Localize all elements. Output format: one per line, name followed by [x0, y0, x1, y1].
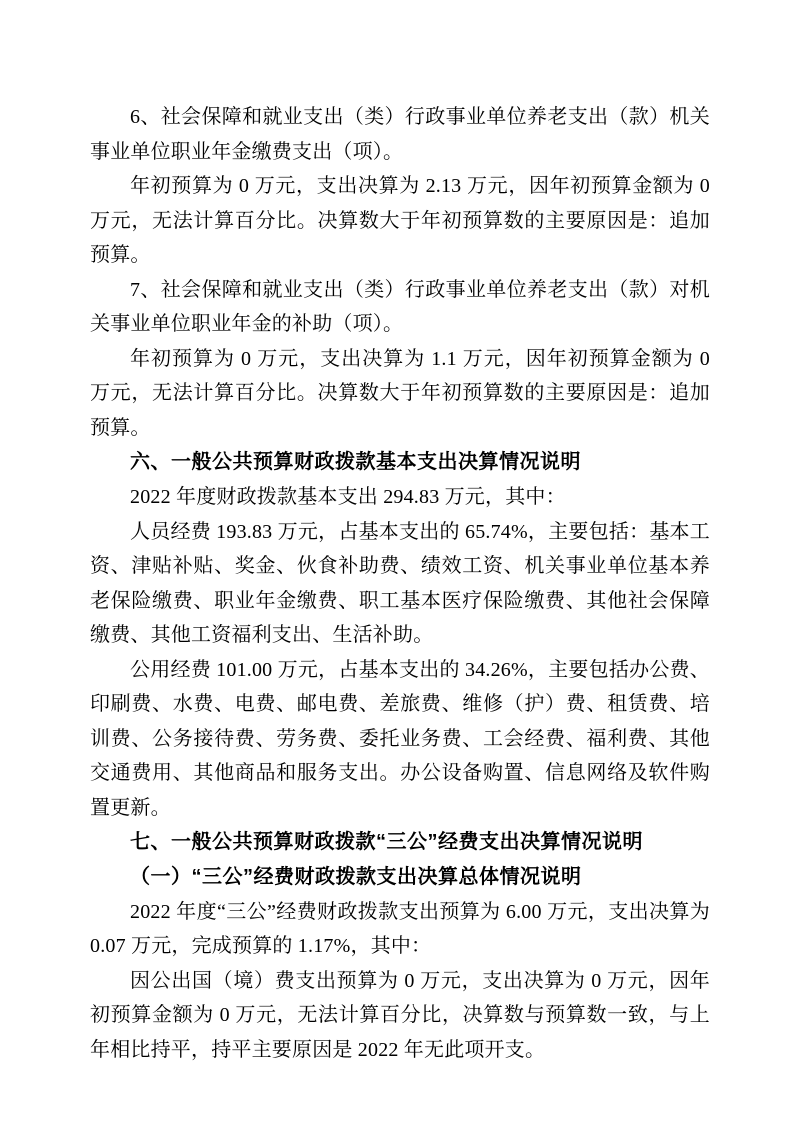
subsection-heading-one-sangong-overview: （一）“三公”经费财政拨款支出决算总体情况说明	[90, 860, 710, 895]
paragraph-item-6-budget-note: 年初预算为 0 万元，支出决算为 2.13 万元，因年初预算金额为 0 万元，无…	[90, 169, 710, 273]
paragraph-overseas-travel-expense: 因公出国（境）费支出预算为 0 万元，支出决算为 0 万元，因年初预算金额为 0…	[90, 964, 710, 1068]
paragraph-item-6-pension-contribution: 6、社会保障和就业支出（类）行政事业单位养老支出（款）机关事业单位职业年金缴费支…	[90, 100, 710, 169]
paragraph-personnel-expenses: 人员经费 193.83 万元，占基本支出的 65.74%，主要包括：基本工资、津…	[90, 515, 710, 653]
paragraph-sangong-totals: 2022 年度“三公”经费财政拨款支出预算为 6.00 万元，支出决算为 0.0…	[90, 895, 710, 964]
paragraph-item-7-pension-subsidy: 7、社会保障和就业支出（类）行政事业单位养老支出（款）对机关事业单位职业年金的补…	[90, 273, 710, 342]
paragraph-public-expenses: 公用经费 101.00 万元，占基本支出的 34.26%，主要包括办公费、印刷费…	[90, 653, 710, 826]
paragraph-item-7-budget-note: 年初预算为 0 万元，支出决算为 1.1 万元，因年初预算金额为 0 万元，无法…	[90, 342, 710, 446]
section-heading-seven-sangong-expenses: 七、一般公共预算财政拨款“三公”经费支出决算情况说明	[90, 825, 710, 860]
document-page: 6、社会保障和就业支出（类）行政事业单位养老支出（款）机关事业单位职业年金缴费支…	[0, 0, 793, 1122]
paragraph-basic-expenditure-total: 2022 年度财政拨款基本支出 294.83 万元，其中：	[90, 480, 710, 515]
section-heading-six-basic-expenditure: 六、一般公共预算财政拨款基本支出决算情况说明	[90, 445, 710, 480]
